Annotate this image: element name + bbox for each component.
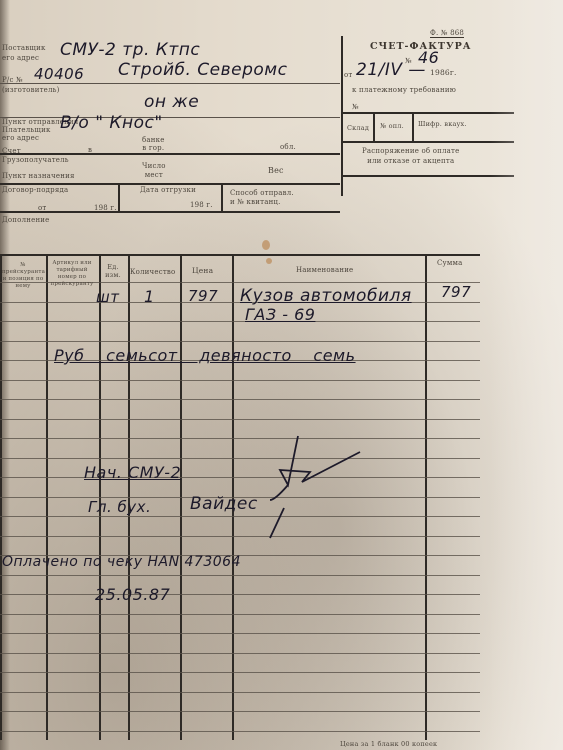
payment-date: 25.05.87 (95, 585, 170, 604)
table-row-rule (0, 380, 480, 381)
table-row-rule (0, 633, 480, 634)
date-label: от (344, 71, 353, 79)
col-header-qty: Количество (130, 268, 175, 276)
payment-request-number: № (352, 103, 359, 111)
table-row-rule (0, 419, 480, 420)
destination-label: Пункт назначения (2, 172, 75, 180)
divider (342, 112, 514, 114)
signature-scribble (240, 430, 380, 540)
row1-qty: 1 (144, 287, 155, 306)
total-in-words: Руб семьсот девяносто семь (54, 346, 356, 365)
table-top-rule (0, 254, 480, 256)
table-row-rule (0, 711, 480, 712)
col-header-unit: Ед. изм. (101, 263, 125, 279)
table-row-rule (0, 341, 480, 342)
divider (342, 175, 514, 177)
divider (0, 211, 340, 213)
col-header-article: Артикул или тарифный номер по прейскуран… (48, 260, 96, 288)
places-label: Число мест (142, 162, 166, 180)
payment-request-label: к платежному требованию (352, 86, 456, 94)
ship-year: 198 г. (190, 201, 213, 209)
divider (0, 183, 340, 185)
payer-address-label: его адрес (2, 134, 39, 142)
divider (342, 141, 514, 143)
payer-value: В/о " Кнос" (60, 113, 163, 133)
payer-label: Плательщик (2, 126, 51, 134)
divider (412, 113, 414, 141)
recipient-label: Грузополучатель (2, 156, 69, 164)
page-edge (490, 0, 563, 750)
table-row-rule (0, 614, 480, 615)
header-divider (341, 36, 343, 196)
divider (118, 184, 120, 212)
table-row-rule (0, 653, 480, 654)
ship-date-label: Дата отгрузки (140, 186, 196, 194)
row2-name: ГАЗ - 69 (245, 305, 315, 324)
head-signature-label: Нач. СМУ-2 (84, 463, 181, 482)
divider (373, 113, 375, 141)
table-row-rule (0, 672, 480, 673)
payment-note: Оплачено по чеку НАN 473064 (2, 554, 241, 570)
col-header-name: Наименование (296, 266, 353, 274)
footer-price-note: Цена за 1 бланк 00 копеек (340, 740, 437, 748)
divider (0, 153, 340, 155)
method-label: Способ отправл. и № квитанц. (230, 189, 294, 207)
row1-sum: 797 (441, 283, 471, 301)
weight-label: Вес (268, 166, 284, 175)
small-table-payment: № опл. (380, 122, 404, 130)
table-row-rule (0, 575, 480, 576)
col-header-sum: Сумма (437, 259, 463, 267)
table-row-rule (0, 399, 480, 400)
invoice-date: 21/IV — (356, 60, 426, 80)
bank-value: Стройб. Северомс (118, 60, 287, 80)
accountant-label: Гл. бух. (88, 498, 151, 516)
table-row-rule (0, 594, 480, 595)
stain (262, 240, 270, 250)
col-header-price: Цена (192, 266, 213, 275)
account-value: 40406 (34, 65, 84, 83)
manufacturer-value: он же (144, 92, 199, 112)
col-header-pricelist: № прейскуранта и позиция по нему (2, 262, 44, 290)
region-label: обл. (280, 143, 296, 151)
manufacturer-label: (изготовитель) (2, 86, 60, 94)
contract-label: Договор-подряда (2, 186, 68, 194)
row1-unit: шт (96, 288, 119, 306)
table-row-rule (0, 692, 480, 693)
divider (221, 184, 223, 212)
invoice-year: 1986г. (430, 68, 457, 77)
supplier-label: Поставщик (2, 44, 46, 52)
page-shadow (0, 0, 10, 750)
form-number: Ф. № 868 (430, 29, 464, 38)
small-table-warehouse: Склад (347, 124, 369, 132)
table-row-rule (0, 321, 480, 322)
supplier-value: СМУ-2 тр. Ктпс (60, 40, 200, 60)
row1-name: Кузов автомобиля (240, 286, 412, 306)
divider (0, 83, 340, 84)
supplier-address-label: его адрес (2, 54, 39, 62)
small-table-code: Шифр. вкаух. (418, 120, 467, 128)
note-label: Дополнение (2, 216, 50, 224)
bank-city-label: банке в гор. (142, 136, 165, 152)
table-row-rule (0, 731, 480, 732)
stain (266, 258, 272, 264)
disposition-label: Распоряжение об оплате или отказе от акц… (362, 146, 459, 166)
row1-price: 797 (188, 287, 218, 305)
